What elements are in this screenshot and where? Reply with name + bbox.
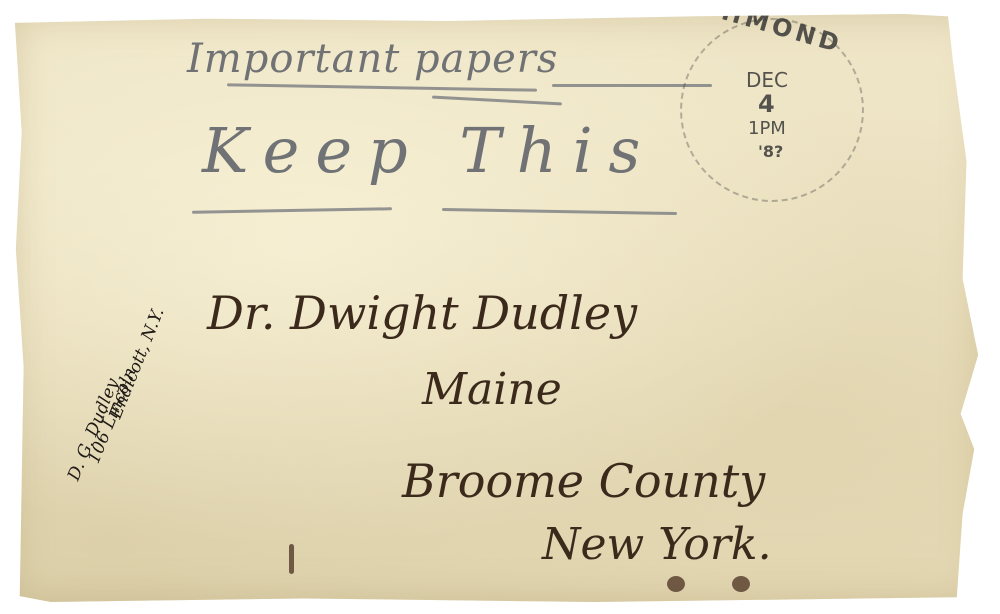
- sender-city: Endicott, N.Y.: [106, 305, 169, 421]
- postmark-time: 1PM: [748, 118, 786, 139]
- postmark-day: 4: [758, 90, 775, 118]
- pencil-underline: [442, 208, 677, 215]
- envelope: Important papers Keep This HMOND DEC 4 1…: [12, 14, 982, 602]
- postmark: HMOND DEC 4 1PM '8?: [680, 18, 864, 202]
- ink-stain: [667, 576, 685, 592]
- recipient-town: Maine: [422, 364, 562, 415]
- postmark-city: HMOND: [719, 0, 846, 59]
- ink-stain: [732, 576, 750, 592]
- recipient-county: Broome County: [402, 454, 765, 508]
- postmark-year: '8?: [758, 142, 783, 161]
- postmark-month: DEC: [746, 68, 788, 92]
- pencil-underline: [192, 207, 392, 213]
- pencil-note-keep-this: Keep This: [202, 114, 656, 187]
- recipient-name: Dr. Dwight Dudley: [207, 286, 637, 340]
- recipient-state: New York.: [542, 519, 772, 570]
- pencil-note-important-papers: Important papers: [187, 36, 558, 82]
- pencil-underline: [227, 83, 537, 91]
- ink-mark: [289, 544, 294, 574]
- pencil-underline: [432, 96, 562, 106]
- envelope-scan: Important papers Keep This HMOND DEC 4 1…: [0, 0, 1000, 614]
